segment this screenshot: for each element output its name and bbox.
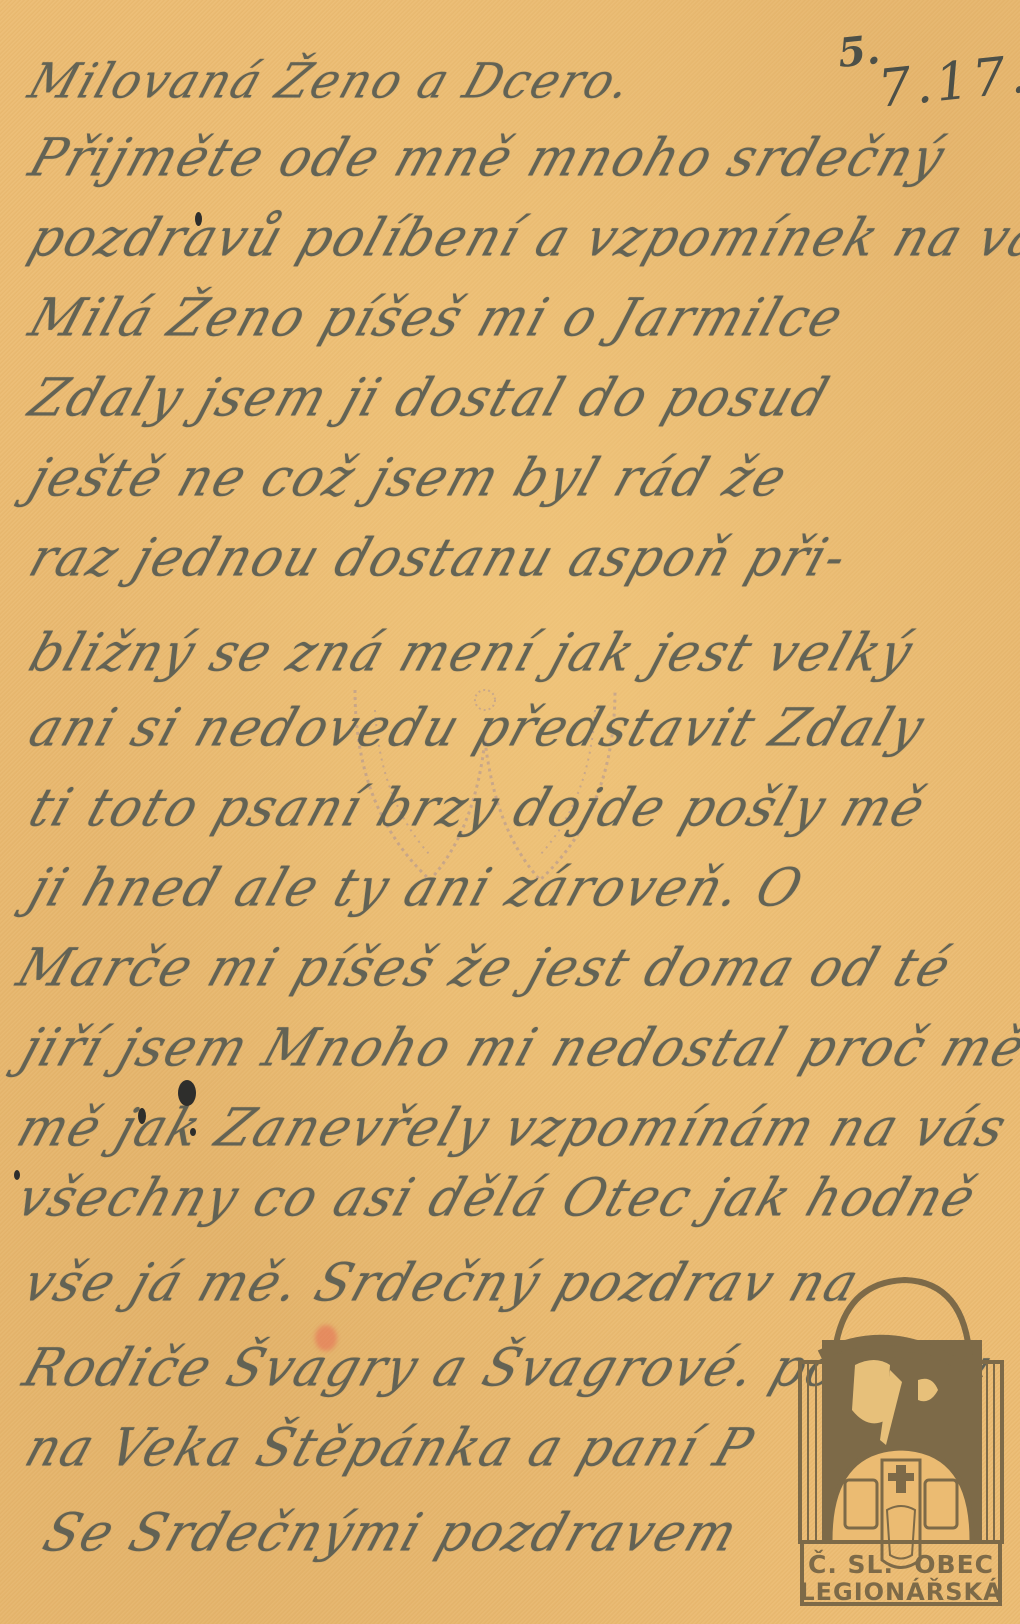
ink-blot (178, 1080, 196, 1106)
letter-line: na Veka Štěpánka a paní P (18, 1417, 762, 1478)
letter-line: pozdravů políbení a vzpomínek na vás (22, 207, 1020, 268)
ink-blot (138, 1108, 146, 1124)
ink-blot (190, 1128, 196, 1136)
letter-line: Zdaly jsem ji dostal do posud (22, 367, 837, 428)
letter-line: bližný se zná mení jak jest velký (22, 622, 922, 683)
letter-line: ani si nedovedu představit Zdaly (22, 697, 933, 758)
emblem-obec-label: OBEC (914, 1550, 994, 1579)
ink-blot (14, 1170, 20, 1180)
letter-line: raz jednou dostanu aspoň při- (22, 527, 856, 588)
date-day: 5. (836, 26, 882, 77)
letter-line: ti toto psaní brzy dojde pošly mě (22, 777, 934, 838)
emblem-cs-label: Č. SL. (808, 1550, 894, 1579)
letter-line: vše já mě. Srdečný pozdrav na (16, 1252, 868, 1313)
letter-line: Se Srdečnými pozdravem (36, 1502, 746, 1563)
date-month-year: 7.17. (875, 44, 1020, 120)
ink-blot (195, 212, 202, 226)
letter-line: Marče mi píšeš že jest doma od té (10, 937, 960, 998)
legion-emblem: Č. SL. OBEC LEGIONÁŘSKÁ (790, 1270, 1012, 1610)
letter-line: Milá Ženo píšeš mi o Jarmilce (22, 287, 852, 348)
letter-line: ještě ne což jsem byl rád že (22, 447, 796, 508)
letter-scan: 5. 7.17. Milovaná Ženo a Dcero. Přijměte… (0, 0, 1020, 1624)
letter-line: jiří jsem Mnoho mi nedostal proč mě (14, 1017, 1020, 1078)
letter-line: Přijměte ode mně mnoho srdečný (22, 127, 954, 188)
red-mark (315, 1325, 337, 1351)
emblem-title-line1: Č. SL. OBEC (790, 1550, 1012, 1579)
letter-line: všechny co asi dělá Otec jak hodně (10, 1167, 985, 1228)
letter-line: Milovaná Ženo a Dcero. (22, 52, 640, 109)
emblem-title-line2: LEGIONÁŘSKÁ (790, 1578, 1012, 1606)
letter-line: ji hned ale ty ani zároveň. O (22, 857, 811, 918)
letter-line: mě jak Zanevřely vzpomínám na vás (10, 1097, 1015, 1158)
